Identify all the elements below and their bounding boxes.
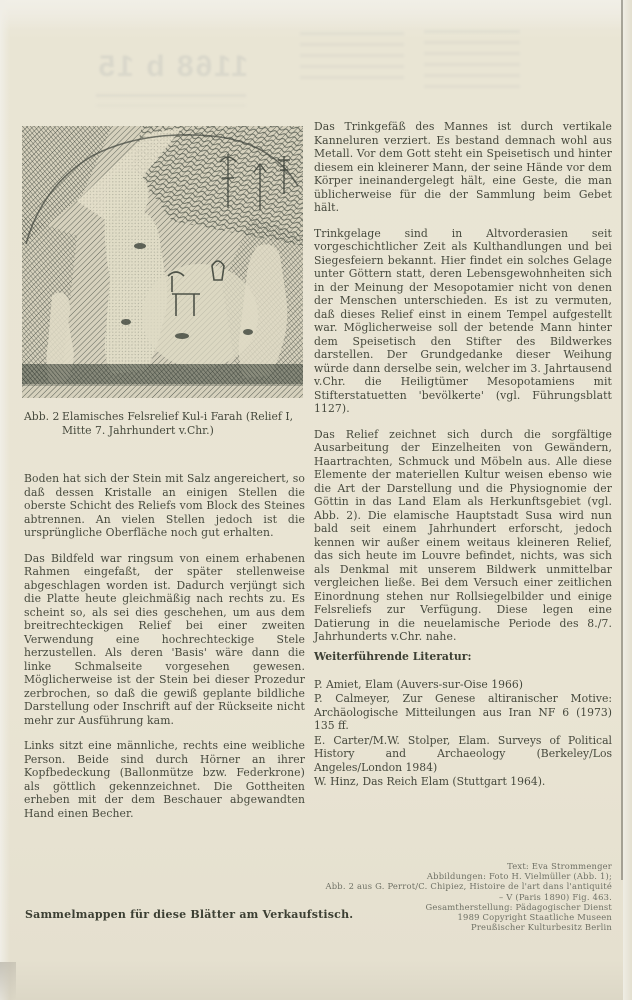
figure-caption-label: Abb. 2 (24, 410, 62, 437)
paragraph: Das Relief zeichnet sich durch die sorgf… (314, 428, 612, 644)
credit-line: Abb. 2 aus G. Perrot/C. Chipiez, Histoir… (272, 881, 612, 891)
left-text-column: Boden hat sich der Stein mit Salz angere… (24, 472, 305, 832)
showthrough-ghost-text: 1168 b 15 (28, 50, 248, 92)
literature-item: P. Calmeyer, Zur Genese altiranischer Mo… (314, 692, 612, 733)
further-literature-section: Weiterführende Literatur: P. Amiet, Elam… (314, 650, 612, 790)
scan-edge-right (623, 0, 632, 1000)
literature-item: P. Amiet, Elam (Auvers-sur-Oise 1966) (314, 678, 612, 692)
showthrough-smudge (96, 94, 246, 106)
scan-edge-top (0, 0, 632, 30)
literature-heading: Weiterführende Literatur: (314, 650, 612, 664)
sales-note: Sammelmappen für diese Blätter am Verkau… (25, 908, 353, 921)
figure-caption-text: Elamisches Felsrelief Kul-i Farah (Relie… (62, 410, 306, 437)
paragraph: Links sitzt eine männliche, rechts eine … (24, 739, 305, 820)
paragraph: Das Bildfeld war ringsum von einem erhab… (24, 552, 305, 728)
credit-line: – V (Paris 1890) Fig. 463. (272, 892, 612, 902)
showthrough-smudge (300, 32, 404, 80)
scanned-page: 1168 b 15 (0, 0, 632, 1000)
paragraph: Das Trinkgefäß des Mannes ist durch vert… (314, 120, 612, 215)
credit-line: Text: Eva Strommenger (272, 861, 612, 871)
imprint-credits: Text: Eva Strommenger Abbildungen: Foto … (272, 861, 612, 932)
paragraph: Boden hat sich der Stein mit Salz angere… (24, 472, 305, 540)
literature-item: W. Hinz, Das Reich Elam (Stuttgart 1964)… (314, 775, 612, 789)
credit-line: Abbildungen: Foto H. Vielmüller (Abb. 1)… (272, 871, 612, 881)
showthrough-smudge (424, 30, 520, 90)
paragraph: Trinkgelage sind in Altvorderasien seit … (314, 227, 612, 416)
right-text-column: Das Trinkgefäß des Mannes ist durch vert… (314, 120, 612, 656)
credit-line: Preußischer Kulturbesitz Berlin (272, 922, 612, 932)
scan-edge-line (621, 0, 623, 880)
literature-item: E. Carter/M.W. Stolper, Elam. Surveys of… (314, 734, 612, 775)
scan-edge-corner (0, 962, 16, 1000)
figure-caption: Abb. 2 Elamisches Felsrelief Kul-i Farah… (24, 410, 306, 437)
relief-etching-image (22, 126, 303, 398)
scan-edge-left (0, 0, 10, 1000)
